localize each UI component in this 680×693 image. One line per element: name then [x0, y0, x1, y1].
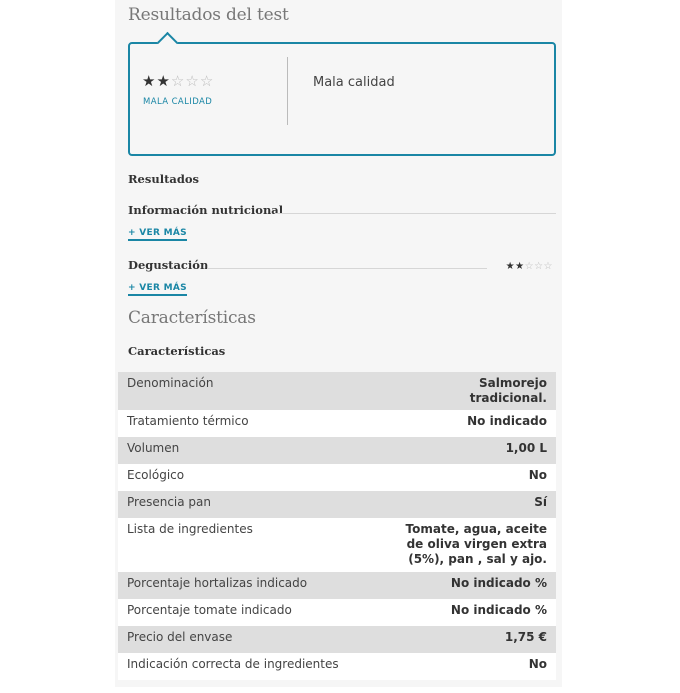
divider-line: [275, 213, 556, 214]
star-filled-icon: ★: [515, 261, 524, 272]
row-key: Lista de ingredientes: [127, 522, 397, 537]
rating-caption: MALA CALIDAD: [143, 97, 212, 107]
star-empty-icon: ☆: [525, 261, 534, 272]
row-value: Tomate, agua, aceite de oliva virgen ext…: [397, 522, 547, 567]
row-key: Porcentaje tomate indicado: [127, 603, 451, 618]
star-filled-icon: ★: [142, 72, 156, 90]
characteristics-table: DenominaciónSalmorejo tradicional.Tratam…: [118, 372, 556, 680]
table-row: Porcentaje tomate indicadoNo indicado %: [118, 599, 556, 626]
rating-stars: ★★☆☆☆: [142, 74, 214, 89]
row-value: 1,00 L: [506, 441, 547, 456]
star-empty-icon: ☆: [171, 72, 185, 90]
divider-line: [207, 268, 487, 269]
tasting-ver-mas-link[interactable]: + VER MÁS: [128, 283, 187, 296]
characteristics-subheading: Características: [128, 344, 225, 358]
results-panel: Resultados del test ★★☆☆☆ MALA CALIDAD M…: [115, 0, 562, 687]
row-key: Tratamiento térmico: [127, 414, 467, 429]
test-results-heading: Resultados del test: [128, 5, 289, 25]
nutrition-info-label: Información nutricional: [128, 203, 283, 217]
tasting-rating-stars: ★★☆☆☆: [506, 262, 553, 272]
table-row: Indicación correcta de ingredientesNo: [118, 653, 556, 680]
verdict-text: Mala calidad: [313, 75, 395, 90]
star-filled-icon: ★: [506, 261, 515, 272]
rating-summary-box: ★★☆☆☆ MALA CALIDAD Mala calidad: [128, 42, 556, 156]
row-key: Ecológico: [127, 468, 529, 483]
divider: [287, 57, 288, 125]
row-key: Volumen: [127, 441, 506, 456]
row-value: No indicado %: [451, 603, 547, 618]
row-key: Precio del envase: [127, 630, 505, 645]
row-value: No indicado %: [451, 576, 547, 591]
star-empty-icon: ☆: [544, 261, 553, 272]
table-row: Lista de ingredientesTomate, agua, aceit…: [118, 518, 556, 572]
star-empty-icon: ☆: [185, 72, 199, 90]
characteristics-heading: Características: [128, 308, 256, 328]
row-value: 1,75 €: [505, 630, 547, 645]
table-row: Presencia panSí: [118, 491, 556, 518]
row-value: No: [529, 657, 547, 672]
row-key: Denominación: [127, 376, 457, 391]
star-empty-icon: ☆: [534, 261, 543, 272]
star-filled-icon: ★: [156, 72, 170, 90]
results-label: Resultados: [128, 172, 199, 186]
notch-pointer: [157, 32, 178, 53]
nutrition-ver-mas-link[interactable]: + VER MÁS: [128, 228, 187, 241]
row-value: Salmorejo tradicional.: [457, 376, 547, 406]
table-row: Porcentaje hortalizas indicadoNo indicad…: [118, 572, 556, 599]
row-value: Sí: [534, 495, 547, 510]
table-row: EcológicoNo: [118, 464, 556, 491]
table-row: Precio del envase1,75 €: [118, 626, 556, 653]
row-key: Presencia pan: [127, 495, 534, 510]
table-row: Volumen1,00 L: [118, 437, 556, 464]
row-key: Porcentaje hortalizas indicado: [127, 576, 451, 591]
star-empty-icon: ☆: [200, 72, 214, 90]
row-value: No: [529, 468, 547, 483]
tasting-label: Degustación: [128, 258, 208, 272]
table-row: Tratamiento térmicoNo indicado: [118, 410, 556, 437]
table-row: DenominaciónSalmorejo tradicional.: [118, 372, 556, 410]
row-value: No indicado: [467, 414, 547, 429]
row-key: Indicación correcta de ingredientes: [127, 657, 529, 672]
